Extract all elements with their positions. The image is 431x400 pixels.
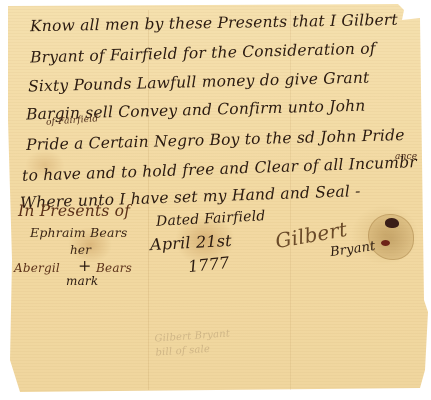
- wax-seal-remnant: [381, 240, 390, 246]
- bleed-line-2: bill of sale: [155, 344, 210, 359]
- wax-seal-remnant: [385, 218, 399, 228]
- bleed-through-text: Gilbert Bryant bill of sale: [154, 327, 231, 360]
- bleed-line-1: Gilbert Bryant: [154, 328, 230, 344]
- witness-2-mark-label: mark: [66, 274, 98, 288]
- witness-2-first-name: Abergil: [14, 261, 60, 275]
- presence-line: In Presents of: [18, 202, 130, 220]
- witness-2-last-name: Bears: [96, 261, 132, 275]
- witness-2-her: her: [70, 243, 91, 257]
- witness-2-cross-mark: +: [78, 256, 92, 275]
- witness-1-name: Ephraim Bears: [30, 225, 127, 240]
